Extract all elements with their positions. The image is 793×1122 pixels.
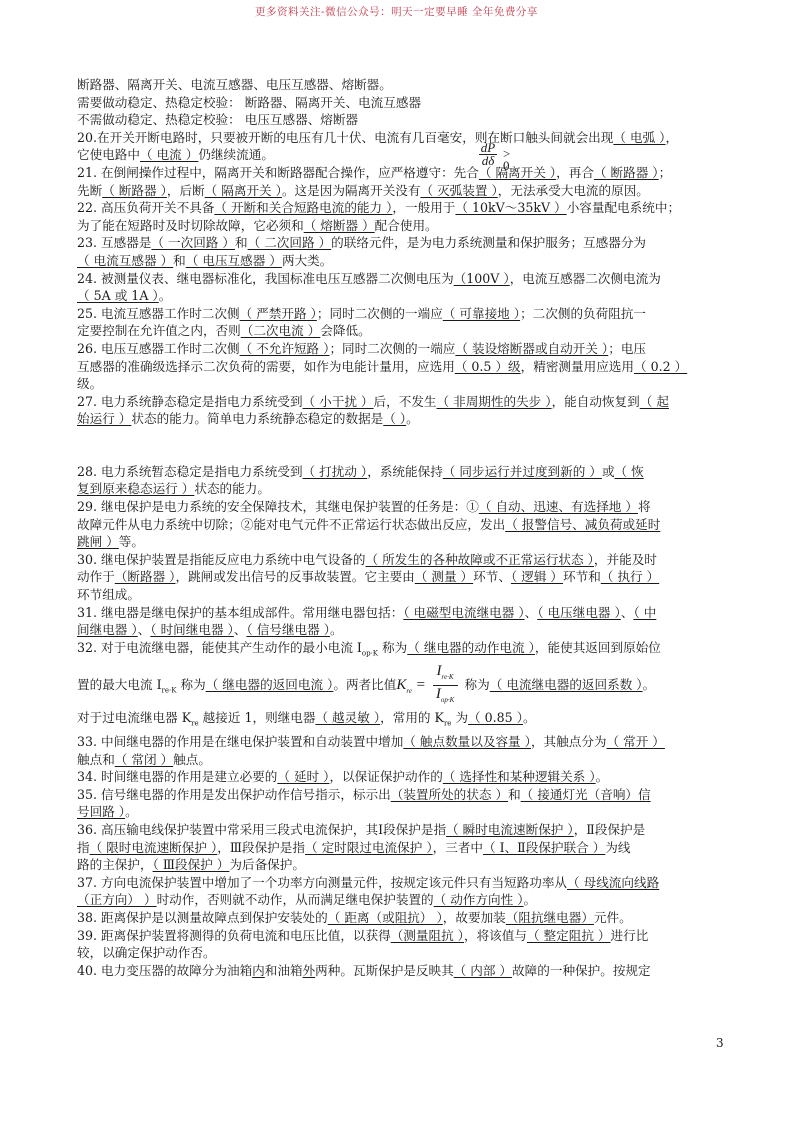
text-segment: 。 [330, 622, 343, 637]
text-segment: ；电压 [608, 341, 646, 356]
text-segment: 先断 [77, 183, 102, 198]
subscript: re·K [162, 686, 177, 694]
answer-blank: （ 电流继电器的返回系数 ） [490, 677, 643, 692]
answer-blank: （ 母线流向线路 [567, 875, 659, 890]
answer-blank: （ 电弧 ） [613, 130, 665, 145]
answer-blank: （断路器 ） [115, 569, 176, 584]
answer-blank: （ 恢 [615, 464, 644, 479]
answer-blank: （ 同步运行并过度到新的 ） [443, 464, 602, 479]
answer-blank: （ 整定阻抗 ） [527, 928, 611, 943]
text-segment: 36. 高压输电线保护装置中常采用三段式电流保护，其Ⅰ段保护是指 [77, 822, 446, 837]
text-segment: 配合使用。 [375, 218, 438, 233]
text-segment: 指 [77, 840, 90, 855]
text-segment: 触点。 [173, 752, 211, 767]
answer-blank: （ 电压继电器 ） [537, 605, 621, 620]
answer-blank: （ 继电器的返回电流 ） [206, 677, 334, 692]
text-segment: 40. 电力变压器的故障分为油箱 [77, 963, 252, 978]
answer-blank: （100V ） [454, 271, 510, 286]
text-line: 复到原来稳态运行 ）状态的能力。 [77, 480, 722, 498]
answer-blank: （ 报警信号、减负荷或延时 [505, 517, 660, 532]
text-segment: 25. 电流互感器工作时二次侧 [77, 306, 240, 321]
text-segment: 。 [523, 710, 536, 725]
text-segment: 等。 [119, 534, 144, 549]
text-segment: 两大类。 [282, 253, 332, 268]
text-segment: ；同时二次侧的一端应 [329, 341, 455, 356]
answer-blank: （ 装设熔断器或自动开关 ） [455, 341, 608, 356]
answer-blank: （ 断路器 ） [594, 165, 659, 180]
text-segment: 和油箱 [265, 963, 303, 978]
text-segment: 触点和 [77, 752, 115, 767]
text-line: 需要做动稳定、热稳定校验： 断路器、隔离开关、电流互感器 [77, 94, 722, 112]
text-segment: ，后断 [167, 183, 205, 198]
answer-blank: 始运行 ） [77, 411, 131, 426]
answer-blank: （正方向） ） [77, 892, 157, 907]
text-segment: 级。 [77, 376, 102, 391]
page-number: 3 [716, 1036, 724, 1050]
text-segment: 的联络元件，是为电力系统测量和保护服务；互感器分为 [331, 235, 646, 250]
text-segment: ； [659, 165, 672, 180]
text-segment: 仍继续流通。 [198, 147, 274, 162]
text-segment: ，其触点分为 [531, 734, 607, 749]
text-segment: 将 [638, 499, 651, 514]
text-line: 为了能在短路时及时切除故障，它必须和（ 熔断器 ）配合使用。 [77, 217, 722, 235]
answer-blank: （ 电流互感器 ） [77, 253, 173, 268]
answer-blank: （ 测量 ） [415, 569, 473, 584]
text-segment: 小容量配电系统中； [567, 200, 680, 215]
answer-blank: （ ） [383, 411, 406, 426]
text-segment: 为了能在短路时及时切除故障，它必须和 [77, 218, 304, 233]
text-line: 断路器、隔离开关、电流互感器、电压互感器、熔断器。 [77, 76, 722, 94]
answer-blank: （ 常闭 ） [115, 752, 173, 767]
spacer [77, 428, 722, 463]
text-line: 31. 继电器是继电保护的基本组成部件。常用继电器包括：（ 电磁型电流继电器 ）… [77, 604, 722, 622]
text-segment: 越接近 1，则继电器 [199, 710, 316, 725]
text-segment: ， [665, 130, 678, 145]
text-line: 定要控制在允许值之内，否则（二次电流 ）会降低。 [77, 322, 722, 340]
subscript: op·K [362, 649, 378, 657]
text-line: 较，以确定保护动作否。 [77, 944, 722, 962]
text-line: 它使电路中（ 电流 ）仍继续流通。 [77, 146, 722, 164]
text-segment: ，跳闸或发出信号的反事故装置。它主要由 [175, 569, 414, 584]
answer-blank: （ 开断和关合短路电流的能力 ） [214, 200, 392, 215]
answer-blank: （ 0.2 ） [634, 359, 687, 374]
text-segment: 不需做动稳定、热稳定校验： 电压互感器、熔断器 [77, 112, 358, 127]
text-segment: ，Ⅲ段保护是指 [217, 840, 305, 855]
document-body: 断路器、隔离开关、电流互感器、电压互感器、熔断器。需要做动稳定、热稳定校验： 断… [77, 76, 722, 979]
text-segment: 断路器、隔离开关、电流互感器、电压互感器、熔断器。 [77, 77, 392, 92]
text-line: 23. 互感器是（ 一次回路 ）和（ 二次回路 ）的联络元件，是为电力系统测量和… [77, 234, 722, 252]
questions-33-40: 33. 中间继电器的作用是在继电保护装置和自动装置中增加（ 触点数量以及容量 ）… [77, 733, 722, 979]
text-segment: 它使电路中 [77, 147, 140, 162]
text-segment: ，能使其返回到原始位 [535, 640, 661, 655]
text-segment: 。 [643, 677, 656, 692]
text-segment: 20.在开关开断电路时，只要被开断的电压有几十伏、电流有几百毫安，则在断口触头间… [77, 130, 613, 145]
text-segment: 和 [508, 787, 521, 802]
answer-blank: （ 继电器的动作电流 ） [407, 640, 535, 655]
text-segment: ，将该值与 [464, 928, 527, 943]
text-segment: ，一般用于 [392, 200, 455, 215]
text-segment: ，能自动恢复到 [552, 394, 640, 409]
text-segment: 置的最大电流 I [77, 677, 162, 692]
answer-blank: （ 信号继电器 ） [246, 622, 330, 637]
answer-blank: （阻抗继电器） [506, 910, 594, 925]
text-segment: 状态的能力。 [194, 481, 270, 496]
text-segment: 为线 [605, 840, 630, 855]
answer-blank: （ 隔离开关 ） [479, 165, 556, 180]
text-line: 触点和（ 常闭 ）触点。 [77, 751, 722, 769]
answer-blank: （ 定时限过电流保护 ） [305, 840, 433, 855]
text-segment: 、 [234, 622, 247, 637]
formula-kre-denominator-sub: op·K [441, 696, 454, 704]
text-segment: 。 [125, 804, 138, 819]
answer-blank: （二次电流 ） [241, 323, 321, 338]
answer-blank: （ 所发生的各种故障或不正常运行状态 ） [366, 552, 594, 567]
text-segment: 会降低。 [320, 323, 370, 338]
text-segment: 元件。 [594, 910, 632, 925]
question-32: 32. 对于电流继电器，能使其产生动作的最小电流 Iop·K 称为（ 继电器的动… [77, 639, 722, 733]
text-segment: ，故要加装 [443, 910, 506, 925]
text-segment: 27. 电力系统静态稳定是指电力系统受到 [77, 394, 303, 409]
answer-blank: （ 打扰动 ） [303, 464, 368, 479]
text-line: 级。 [77, 375, 722, 393]
text-segment: 路的主保护， [77, 857, 153, 872]
answer-blank: （ Ⅲ段保护 ） [153, 857, 230, 872]
formula-kre-lhs-sub: re [406, 687, 412, 695]
text-segment: 需要做动稳定、热稳定校验： 断路器、隔离开关、电流互感器 [77, 95, 421, 110]
answer-blank: （ 瞬时电流速断保护 ） [446, 822, 574, 837]
formula-kre-numerator-sub: re·K [442, 673, 454, 681]
text-line: 指（ 限时电流速断保护 ），Ⅲ段保护是指（ 定时限过电流保护 ），三者中（ Ⅰ、… [77, 839, 722, 857]
text-segment: 。这是因为隔离开关没有 [282, 183, 421, 198]
formula-kre-fraction: Ire·KIop·K [433, 663, 458, 708]
text-line: 互感器的准确级选择示二次负荷的需要，如作为电能计量用，应选用（ 0.5 ）级，精… [77, 358, 722, 376]
answer-blank: （ 限时电流速断保护 ） [90, 840, 218, 855]
text-segment: 定要控制在允许值之内，否则 [77, 323, 241, 338]
text-segment: 时动作，否则就不动作，从而满足继电保护装置的 [157, 892, 434, 907]
formula-kre-lhs: K [396, 677, 406, 693]
answer-blank: （ 不允许短路 ） [240, 341, 330, 356]
subscript: re [191, 719, 199, 727]
text-segment: 动作于 [77, 569, 115, 584]
questions-19-31: 断路器、隔离开关、电流互感器、电压互感器、熔断器。需要做动稳定、热稳定校验： 断… [77, 76, 722, 639]
text-segment: ，精密测量用应选用 [521, 359, 634, 374]
text-segment: 后，不发生 [374, 394, 437, 409]
text-segment: 34. 时间继电器的作用是建立必要的 [77, 769, 277, 784]
answer-blank: （ 动作方向性 ） [434, 892, 524, 907]
text-segment: 称为 [378, 640, 407, 655]
answer-blank: （ 10kV～35kV ） [455, 200, 566, 215]
text-line: （ 电流互感器 ）和（ 电压互感器 ）两大类。 [77, 252, 722, 270]
text-segment: ，再合 [556, 165, 594, 180]
answer-blank: （ 断路器 ） [102, 183, 167, 198]
text-segment: ，以保证保护动作的 [329, 769, 442, 784]
q32-line-1: 32. 对于电流继电器，能使其产生动作的最小电流 Iop·K 称为（ 继电器的动… [77, 639, 722, 663]
text-segment: 故障的一种保护。按规定 [512, 963, 651, 978]
answer-blank: 内 [252, 963, 265, 978]
text-segment: ，电流互感器二次侧电流为 [510, 271, 661, 286]
text-segment: 37. 方向电流保护装置中增加了一个功率方向测量元件，按规定该元件只有当短路功率… [77, 875, 567, 890]
text-segment: 、 [621, 605, 634, 620]
text-segment: 状态的能力。简单电力系统静态稳定的数据是 [131, 411, 383, 426]
text-segment: 对于过电流继电器 K [77, 710, 191, 725]
answer-blank: （ 小干扰 ） [303, 394, 374, 409]
text-segment: ，无法承受大电流的原因。 [498, 183, 649, 198]
text-segment: 故障元件从电力系统中切除；②能对电气元件不正常运行状态做出反应，发出 [77, 517, 505, 532]
text-line: 24. 被测量仪表、继电器标准化，我国标准电压互感器二次侧电压为（100V ），… [77, 270, 722, 288]
answer-blank: 间继电器 ） [77, 622, 138, 637]
text-line: 跳闸 ）等。 [77, 533, 722, 551]
watermark-banner: 更多资料关注-微信公众号：明天一定要早睡 全年免费分享 [0, 4, 793, 19]
q32-line-2a: 置的最大电流 Ire·K 称为（ 继电器的返回电流 ）。两者比值 [77, 677, 396, 692]
answer-blank: （ 一次回路 ） [151, 235, 235, 250]
text-segment: ，系统能保持 [367, 464, 443, 479]
answer-blank: （ 0.85 ） [468, 710, 523, 725]
text-line: 36. 高压输电线保护装置中常采用三段式电流保护，其Ⅰ段保护是指（ 瞬时电流速断… [77, 821, 722, 839]
text-segment: 环节和 [563, 569, 601, 584]
text-line: 33. 中间继电器的作用是在继电保护装置和自动装置中增加（ 触点数量以及容量 ）… [77, 733, 722, 751]
text-line: 40. 电力变压器的故障分为油箱内和油箱外两种。瓦斯保护是反映其（ 内部 ）故障… [77, 962, 722, 980]
text-segment: ，Ⅱ段保护是 [574, 822, 646, 837]
text-segment: ，并能及时 [594, 552, 657, 567]
answer-blank: （ 电流 ） [140, 147, 198, 162]
text-segment: ；二次侧的负荷阻抗一 [520, 306, 646, 321]
text-segment: 互感器的准确级选择示二次负荷的需要，如作为电能计量用，应选用 [77, 359, 455, 374]
text-segment: 两种。瓦斯保护是反映其 [315, 963, 454, 978]
answer-blank: （ 电磁型电流继电器 ） [403, 605, 524, 620]
text-segment: 。 [524, 892, 537, 907]
text-segment: 26. 电压互感器工作时二次侧 [77, 341, 240, 356]
text-line: （正方向） ）时动作，否则就不动作，从而满足继电保护装置的（ 动作方向性 ）。 [77, 891, 722, 909]
text-segment: 、 [138, 622, 151, 637]
text-line: 27. 电力系统静态稳定是指电力系统受到（ 小干扰 ）后，不发生（ 非周期性的失… [77, 393, 722, 411]
answer-blank: （ 熔断器 ） [304, 218, 375, 233]
text-segment: 环节、 [473, 569, 511, 584]
text-line: 28. 电力系统暂态稳定是指电力系统受到（ 打扰动 ），系统能保持（ 同步运行并… [77, 463, 722, 481]
text-segment: 为 [451, 710, 468, 725]
text-segment: 和 [235, 235, 248, 250]
text-segment: 。 [596, 769, 609, 784]
text-segment: 23. 互感器是 [77, 235, 151, 250]
answer-blank: 外 [303, 963, 316, 978]
text-segment: 35. 信号继电器的作用是发出保护动作信号指示，标示出 [77, 787, 391, 802]
text-line: 不需做动稳定、热稳定校验： 电压互感器、熔断器 [77, 111, 722, 129]
text-segment: 为后备保护。 [229, 857, 305, 872]
answer-blank: （装置所处的状态 ） [391, 787, 508, 802]
formula-kre: Kre = Ire·KIop·K [396, 677, 460, 692]
text-segment: 或 [602, 464, 615, 479]
answer-blank: （ 电压互感器 ） [186, 253, 282, 268]
text-segment: 进行比 [611, 928, 649, 943]
answer-blank: （ 越灵敏 ） [315, 710, 380, 725]
text-segment: 。 [159, 288, 172, 303]
text-line: 故障元件从电力系统中切除；②能对电气元件不正常运行状态做出反应，发出（ 报警信号… [77, 516, 722, 534]
answer-blank: （ 接通灯光（音响）信 [521, 787, 651, 802]
text-segment: 39. 距离保护装置将测得的负荷电流和电压比值，以获得 [77, 928, 391, 943]
text-line: 25. 电流互感器工作时二次侧（ 严禁开路 ）；同时二次侧的一端应（ 可靠接地 … [77, 305, 722, 323]
answer-blank: 号回路 ） [77, 804, 125, 819]
q32-line-3: 对于过电流继电器 Kre 越接近 1，则继电器（ 越灵敏 ），常用的 Kre 为… [77, 709, 722, 733]
text-segment: 28. 电力系统暂态稳定是指电力系统受到 [77, 464, 303, 479]
text-line: 环节组成。 [77, 586, 722, 604]
answer-blank: （ 距离（或阻抗） ） [328, 910, 443, 925]
text-segment: ，三者中 [433, 840, 483, 855]
text-line: 21. 在倒闸操作过程中，隔离开关和断路器配合操作，应严格遵守：先合（ 隔离开关… [77, 164, 722, 182]
answer-blank: （ 二次回路 ） [248, 235, 332, 250]
text-line: 20.在开关开断电路时，只要被开断的电压有几十伏、电流有几百毫安，则在断口触头间… [77, 129, 722, 147]
text-line: 39. 距离保护装置将测得的负荷电流和电压比值，以获得（测量阻抗 ），将该值与（… [77, 927, 722, 945]
text-segment: 22. 高压负荷开关不具备 [77, 200, 214, 215]
text-line: 26. 电压互感器工作时二次侧（ 不允许短路 ）；同时二次侧的一端应（ 装设熔断… [77, 340, 722, 358]
answer-blank: （ 逻辑 ） [511, 569, 563, 584]
text-line: 29. 继电保护是电力系统的安全保障技术，其继电保护装置的任务是：①（ 自动、迅… [77, 498, 722, 516]
text-segment: 和 [173, 253, 186, 268]
text-line: 始运行 ）状态的能力。简单电力系统静态稳定的数据是（ ）。 [77, 410, 722, 428]
text-line: 37. 方向电流保护装置中增加了一个功率方向测量元件，按规定该元件只有当短路功率… [77, 874, 722, 892]
text-segment: 称为 [177, 677, 206, 692]
text-line: 34. 时间继电器的作用是建立必要的（ 延时 ），以保证保护动作的（ 选择性和某… [77, 768, 722, 786]
text-segment: 称为 [461, 677, 490, 692]
answer-blank: （ 0.5 ）级 [455, 359, 521, 374]
text-line: （ 5A 或 1A ）。 [77, 287, 722, 305]
text-segment: 。 [406, 411, 419, 426]
text-segment: 38. 距离保护是以测量故障点到保护安装处的 [77, 910, 328, 925]
answer-blank: （ 严禁开路 ） [240, 306, 317, 321]
q32-line-2: 置的最大电流 Ire·K 称为（ 继电器的返回电流 ）。两者比值Kre = Ir… [77, 663, 722, 709]
answer-blank: （ 执行 ） [601, 569, 659, 584]
answer-blank: 跳闸 ） [77, 534, 119, 549]
text-line: 间继电器 ）、（ 时间继电器 ）、（ 信号继电器 ）。 [77, 621, 722, 639]
text-segment: 。两者比值 [333, 677, 396, 692]
text-segment: 24. 被测量仪表、继电器标准化，我国标准电压互感器二次侧电压为 [77, 271, 454, 286]
answer-blank: （ 非周期性的失步 ） [437, 394, 552, 409]
answer-blank: （ 内部 ） [454, 963, 512, 978]
answer-blank: （ 可靠接地 ） [443, 306, 520, 321]
answer-blank: （ 触点数量以及容量 ） [403, 734, 531, 749]
text-line: 动作于（断路器 ），跳闸或发出信号的反事故装置。它主要由（ 测量 ）环节、（ 逻… [77, 568, 722, 586]
text-segment: 、 [525, 605, 538, 620]
text-segment: 29. 继电保护是电力系统的安全保障技术，其继电保护装置的任务是：① [77, 499, 479, 514]
answer-blank: （ 自动、迅速、有选择地 ） [479, 499, 638, 514]
text-segment: 32. 对于电流继电器，能使其产生动作的最小电流 I [77, 640, 362, 655]
text-line: 30. 继电保护装置是指能反应电力系统中电气设备的（ 所发生的各种故障或不正常运… [77, 551, 722, 569]
answer-blank: （ 灭弧装置 ） [420, 183, 497, 198]
answer-blank: （ Ⅰ、Ⅱ段保护联合 ） [483, 840, 605, 855]
text-segment: ，常用的 K [380, 710, 444, 725]
text-segment: ；同时二次侧的一端应 [317, 306, 443, 321]
text-line: 35. 信号继电器的作用是发出保护动作信号指示，标示出（装置所处的状态 ）和（ … [77, 786, 722, 804]
answer-blank: （ 隔离开关 ） [205, 183, 282, 198]
text-segment: 30. 继电保护装置是指能反应电力系统中电气设备的 [77, 552, 366, 567]
answer-blank: （ 起 [640, 394, 669, 409]
text-segment: 环节组成。 [77, 587, 140, 602]
text-segment: 31. 继电器是继电保护的基本组成部件。常用继电器包括： [77, 605, 403, 620]
text-line: 路的主保护，（ Ⅲ段保护 ）为后备保护。 [77, 856, 722, 874]
answer-blank: （ 中 [633, 605, 656, 620]
answer-blank: 复到原来稳态运行 ） [77, 481, 194, 496]
text-line: 号回路 ）。 [77, 803, 722, 821]
text-line: 22. 高压负荷开关不具备（ 开断和关合短路电流的能力 ），一般用于（ 10kV… [77, 199, 722, 217]
q32-line-2b: 称为（ 电流继电器的返回系数 ）。 [461, 677, 656, 692]
answer-blank: （ 时间继电器 ） [150, 622, 234, 637]
text-line: 先断（ 断路器 ），后断（ 隔离开关 ）。这是因为隔离开关没有（ 灭弧装置 ），… [77, 182, 722, 200]
answer-blank: （ 延时 ） [277, 769, 329, 784]
answer-blank: （测量阻抗 ） [391, 928, 464, 943]
text-segment: 33. 中间继电器的作用是在继电保护装置和自动装置中增加 [77, 734, 403, 749]
text-segment: 21. 在倒闸操作过程中，隔离开关和断路器配合操作，应严格遵守：先合 [77, 165, 479, 180]
answer-blank: （ 常开 ） [607, 734, 665, 749]
text-line: 38. 距离保护是以测量故障点到保护安装处的（ 距离（或阻抗） ），故要加装（阻… [77, 909, 722, 927]
answer-blank: （ 5A 或 1A ） [77, 288, 159, 303]
answer-blank: （ 选择性和某种逻辑关系 ） [443, 769, 596, 784]
text-segment: 较，以确定保护动作否。 [77, 945, 216, 960]
